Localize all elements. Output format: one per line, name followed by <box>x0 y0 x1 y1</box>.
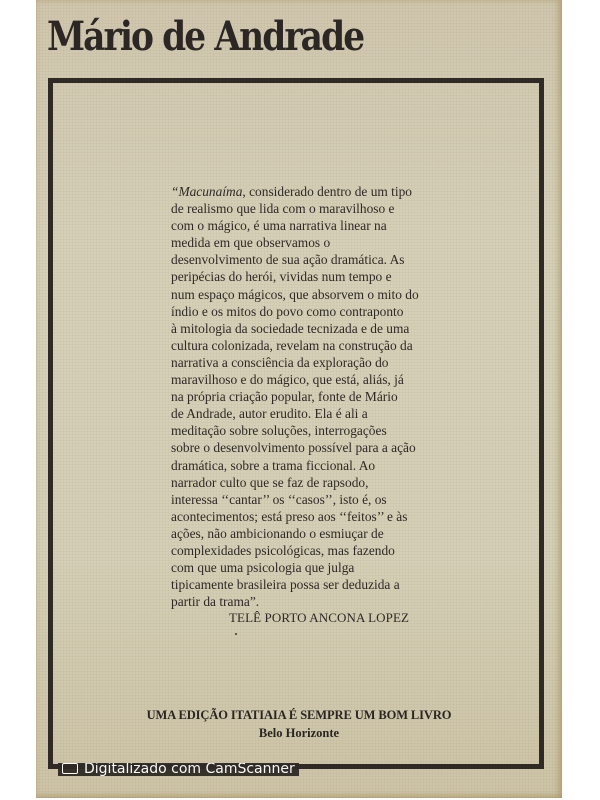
quote-line: narrativa a consciência da exploração do <box>171 354 461 371</box>
quote-line: medida em que observamos o <box>171 234 461 251</box>
quote-line: de Andrade, autor erudito. Ela é ali a <box>171 405 461 422</box>
quote-line: com que uma psicologia que julga <box>171 559 461 576</box>
quote-line: maravilhoso e do mágico, que está, aliás… <box>171 371 461 388</box>
quote-author-signature: TELÊ PORTO ANCONA LOPEZ <box>229 610 409 626</box>
quote-line: num espaço mágicos, que absorvem o mito … <box>171 286 461 303</box>
quote-line: narrador culto que se faz de rapsodo, <box>171 474 461 491</box>
quote-line: cultura colonizada, revelam na construçã… <box>171 337 461 354</box>
quote-line: tipicamente brasileira possa ser deduzid… <box>171 576 461 593</box>
scanner-watermark: Digitalizado com CamScanner <box>58 763 299 776</box>
quote-line: complexidades psicológicas, mas fazendo <box>171 542 461 559</box>
quote-line: índio e os mitos do povo como contrapont… <box>171 303 461 320</box>
quote-line: “Macunaíma, considerado dentro de um tip… <box>171 183 461 200</box>
quote-line: à mitologia da sociedade tecnizada e de … <box>171 320 461 337</box>
quote-line: na própria criação popular, fonte de Már… <box>171 388 461 405</box>
publisher-city: Belo Horizonte <box>36 726 562 741</box>
quote-line: sobre o desenvolvimento possível para a … <box>171 439 461 456</box>
cover-quote: “Macunaíma, considerado dentro de um tip… <box>171 183 461 610</box>
quote-line: de realismo que lida com o maravilhoso e <box>171 200 461 217</box>
print-speck <box>235 633 237 635</box>
author-name: Mário de Andrade <box>47 17 363 57</box>
publisher-slogan: UMA EDIÇÃO ITATIAIA É SEMPRE UM BOM LIVR… <box>36 708 562 723</box>
book-title-italic: “Macunaíma <box>171 184 242 199</box>
quote-line: ações, não ambicionando o esmiuçar de <box>171 525 461 542</box>
quote-line: dramática, sobre a trama ficcional. Ao <box>171 457 461 474</box>
camscanner-icon <box>62 763 78 774</box>
quote-line: desenvolvimento de sua ação dramática. A… <box>171 251 461 268</box>
watermark-text: Digitalizado com CamScanner <box>84 763 295 776</box>
quote-line: acontecimentos; está preso aos ‘‘feitos’… <box>171 508 461 525</box>
quote-line: partir da trama”. <box>171 593 461 610</box>
quote-line: meditação sobre soluções, interrogações <box>171 422 461 439</box>
book-back-cover: Mário de Andrade “Macunaíma, considerado… <box>36 0 562 798</box>
quote-line: com o mágico, é uma narrativa linear na <box>171 217 461 234</box>
quote-line: peripécias do herói, vividas num tempo e <box>171 268 461 285</box>
quote-line: interessa ‘‘cantar’’ os ‘‘casos’’, isto … <box>171 491 461 508</box>
